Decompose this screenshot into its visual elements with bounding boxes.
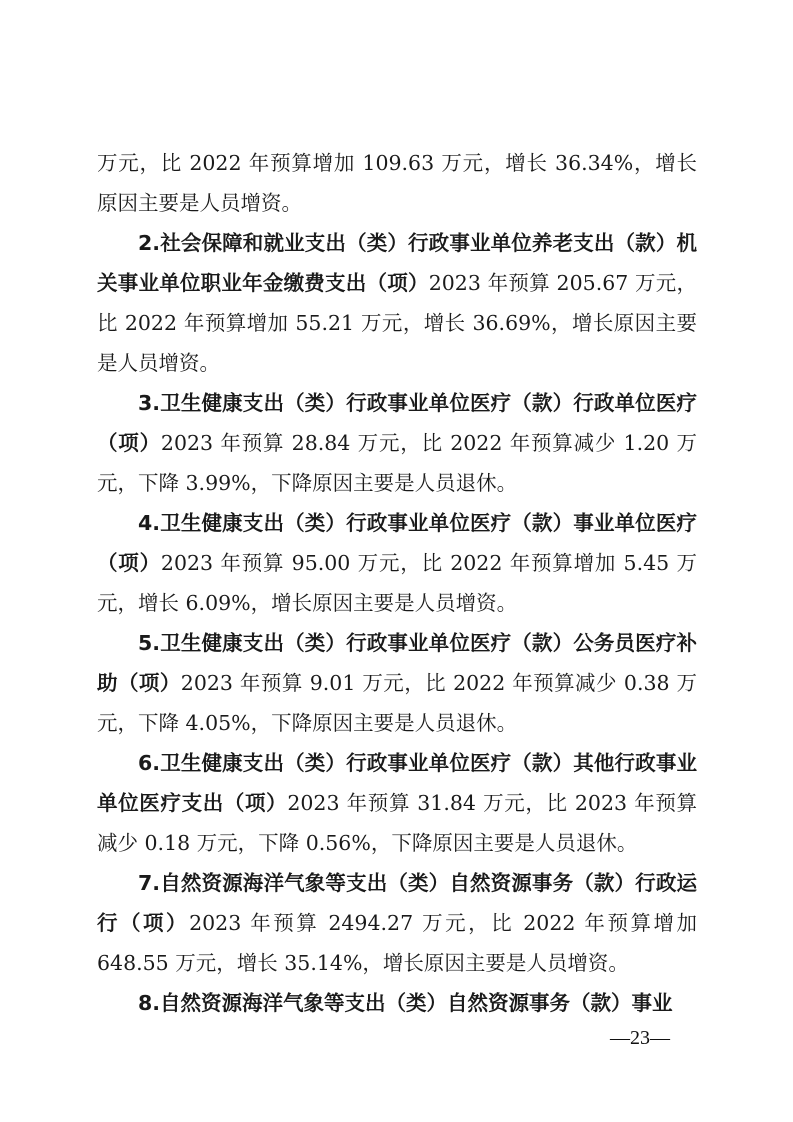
document-page: 万元，比 2022 年预算增加 109.63 万元，增长 36.34%，增长原因… bbox=[97, 143, 697, 1023]
paragraph-item-5: 5.卫生健康支出（类）行政事业单位医疗（款）公务员医疗补助（项）2023 年预算… bbox=[97, 623, 697, 743]
paragraph-item-8: 8.自然资源海洋气象等支出（类）自然资源事务（款）事业 bbox=[97, 983, 697, 1023]
paragraph-item-3: 3.卫生健康支出（类）行政事业单位医疗（款）行政单位医疗（项）2023 年预算 … bbox=[97, 383, 697, 503]
paragraph-body: 2023 年预算 95.00 万元，比 2022 年预算增加 5.45 万元，增… bbox=[97, 551, 697, 615]
paragraph-item-4: 4.卫生健康支出（类）行政事业单位医疗（款）事业单位医疗（项）2023 年预算 … bbox=[97, 503, 697, 623]
paragraph-item-6: 6.卫生健康支出（类）行政事业单位医疗（款）其他行政事业单位医疗支出（项）202… bbox=[97, 743, 697, 863]
paragraph-item-2: 2.社会保障和就业支出（类）行政事业单位养老支出（款）机关事业单位职业年金缴费支… bbox=[97, 223, 697, 383]
paragraph-body: 2023 年预算 9.01 万元，比 2022 年预算减少 0.38 万元，下降… bbox=[97, 671, 697, 735]
paragraph-item-7: 7.自然资源海洋气象等支出（类）自然资源事务（款）行政运行（项）2023 年预算… bbox=[97, 863, 697, 983]
paragraph-body: 万元，比 2022 年预算增加 109.63 万元，增长 36.34%，增长原因… bbox=[97, 151, 697, 215]
paragraph-body: 2023 年预算 28.84 万元，比 2022 年预算减少 1.20 万元，下… bbox=[97, 431, 697, 495]
paragraph-continuation: 万元，比 2022 年预算增加 109.63 万元，增长 36.34%，增长原因… bbox=[97, 143, 697, 223]
page-number: —23— bbox=[610, 1027, 700, 1050]
paragraph-heading: 8.自然资源海洋气象等支出（类）自然资源事务（款）事业 bbox=[138, 991, 673, 1015]
